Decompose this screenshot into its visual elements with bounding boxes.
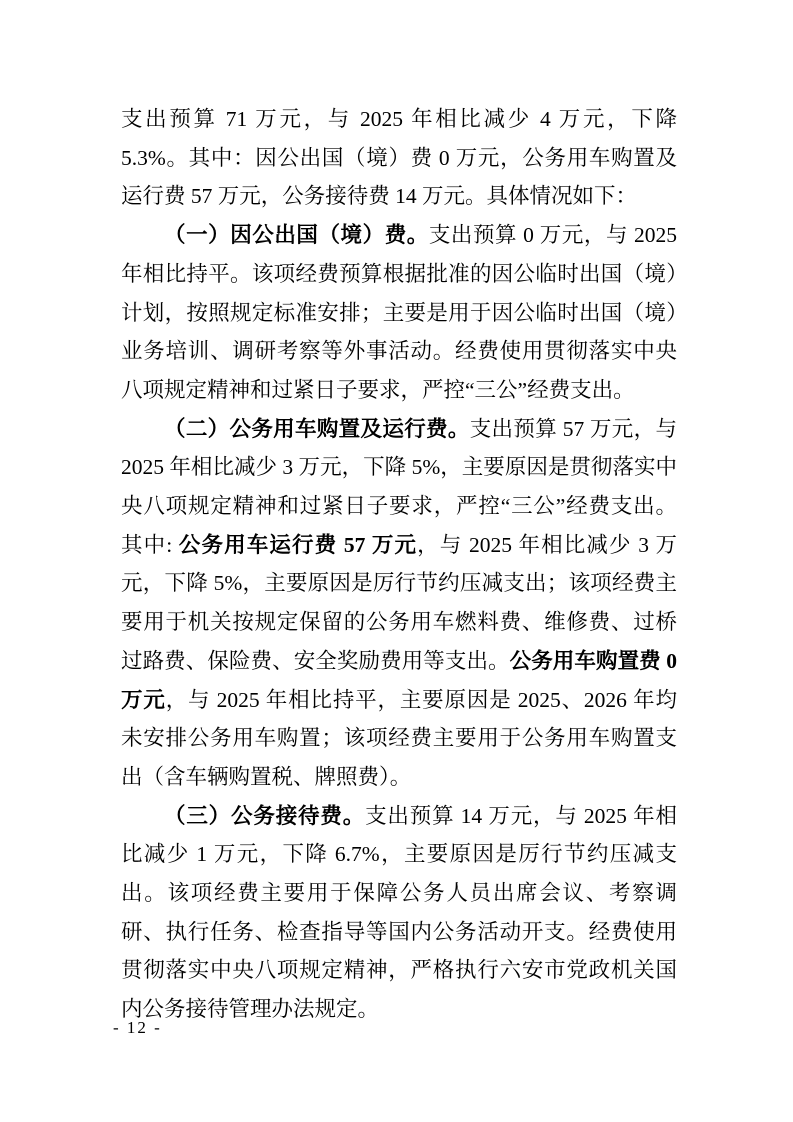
body-text-run: 支出预算 71 万元，与 2025 年相比减少 4 万元，下降 5.3%。其中：… [121,107,677,208]
body-text-run: 支出预算 14 万元，与 2025 年相比减少 1 万元，下降 6.7%，主要原… [121,804,677,1022]
vehicle-operating-fee-bold: 公务用车运行费 57 万元 [179,533,417,557]
document-body: 支出预算 71 万元，与 2025 年相比减少 4 万元，下降 5.3%。其中：… [121,100,677,1029]
body-text-run: 支出预算 0 万元，与 2025 年相比持平。该项经费预算根据批准的因公临时出国… [121,223,677,402]
document-page: 支出预算 71 万元，与 2025 年相比减少 4 万元，下降 5.3%。其中：… [0,0,793,1122]
section-2-heading: （二）公务用车购置及运行费。 [164,417,470,441]
section-1-heading: （一）因公出国（境）费。 [164,223,429,247]
paragraph-section-2-vehicle-fee: （二）公务用车购置及运行费。支出预算 57 万元，与 2025 年相比减少 3 … [121,410,677,797]
paragraph-section-1-abroad-fee: （一）因公出国（境）费。支出预算 0 万元，与 2025 年相比持平。该项经费预… [121,216,677,410]
section-3-heading: （三）公务接待费。 [164,804,365,828]
paragraph-summary: 支出预算 71 万元，与 2025 年相比减少 4 万元，下降 5.3%。其中：… [121,100,677,216]
paragraph-section-3-reception-fee: （三）公务接待费。支出预算 14 万元，与 2025 年相比减少 1 万元，下降… [121,797,677,1029]
page-number: - 12 - [113,1019,162,1036]
body-text-run: ，与 2025 年相比持平，主要原因是 2025、2026 年均未安排公务用车购… [121,688,677,789]
